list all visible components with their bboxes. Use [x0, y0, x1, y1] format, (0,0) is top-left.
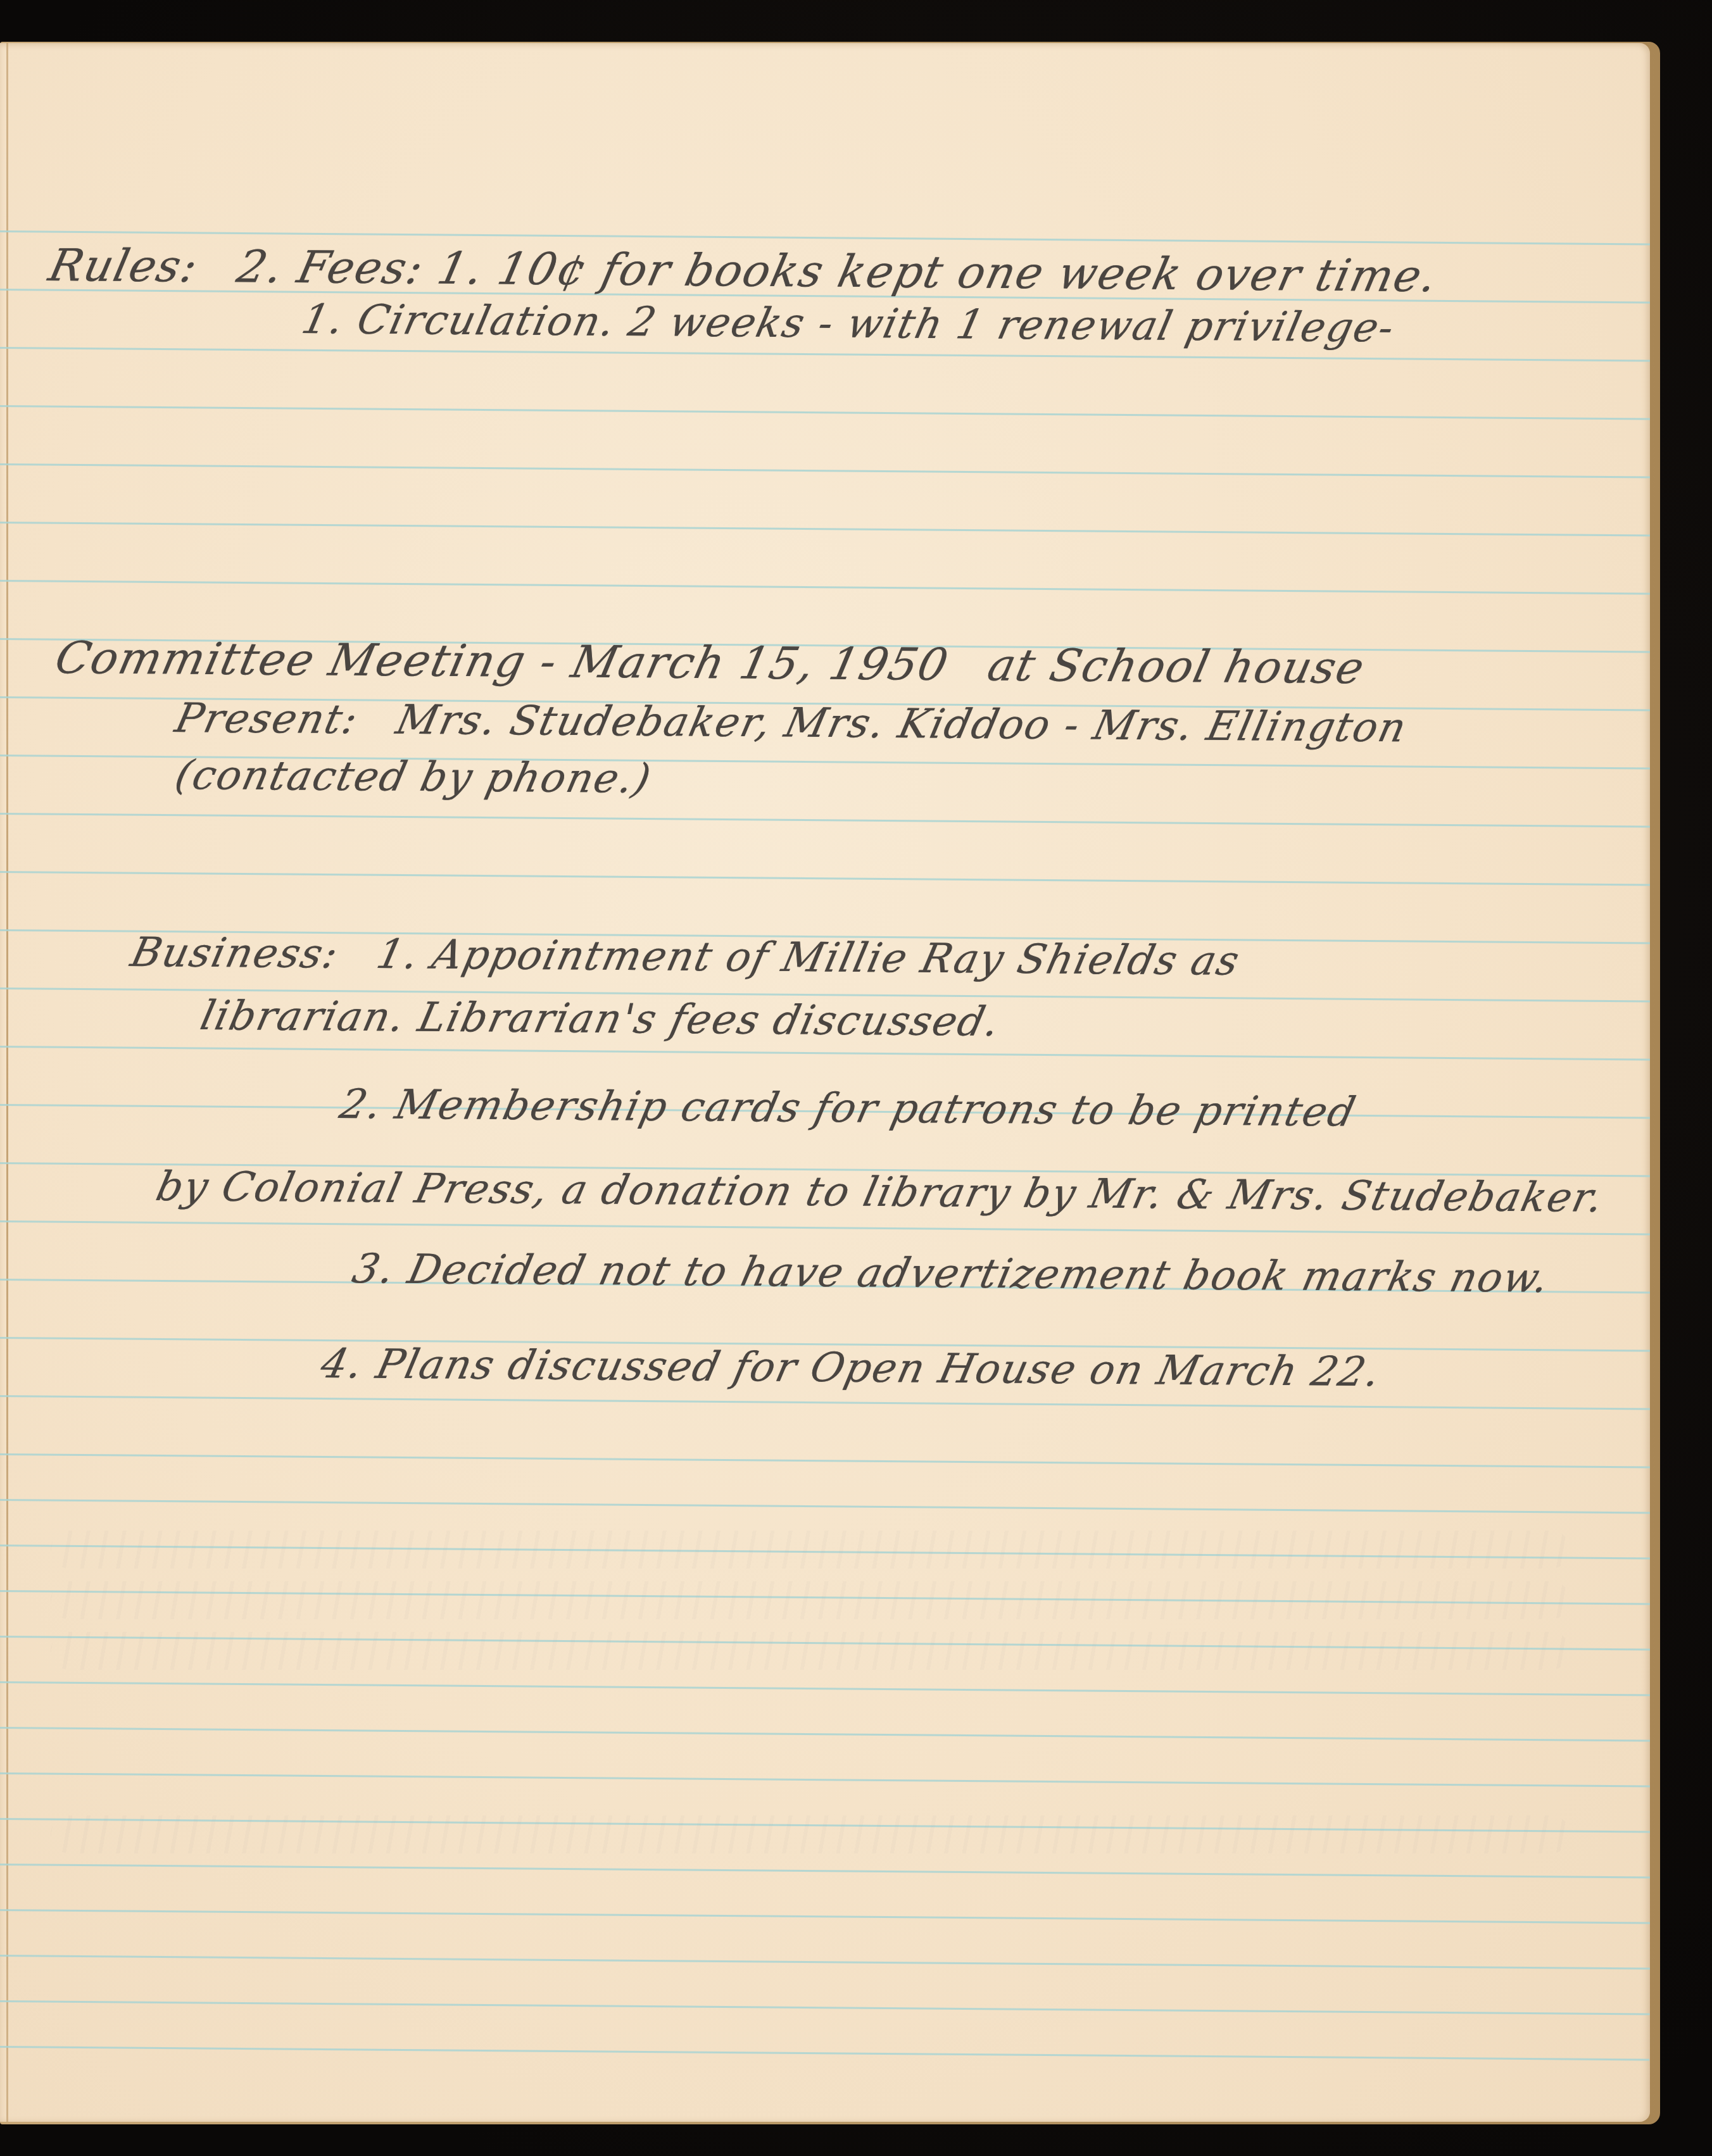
business-item-1-number: 1. [372, 931, 424, 978]
rules-line-2: 1. Circulation. 2 weeks - with 1 renewal… [298, 296, 1399, 351]
meeting-heading: Committee Meeting - March 15, 1950 [51, 632, 954, 691]
rules-heading: Rules: [44, 239, 203, 292]
business-item-1-line: Business: 1. Appointment of Millie Ray S… [127, 929, 1244, 985]
business-item-2-number: 2. [336, 1081, 387, 1128]
present-label: Present: [171, 695, 363, 743]
business-item-3-text: Decided not to have advertizement book m… [403, 1246, 1554, 1302]
business-item-4-number: 4. [317, 1341, 368, 1388]
rules-circulation-text: 1. Circulation. 2 weeks - with 1 renewal… [298, 296, 1399, 351]
business-item-3-number: 3. [348, 1246, 400, 1293]
present-note: (contacted by phone.) [171, 752, 656, 803]
present-names: Mrs. Studebaker, Mrs. Kiddoo - Mrs. Elli… [392, 697, 1411, 751]
business-item-4-text: Plans discussed for Open House on March … [372, 1341, 1385, 1396]
business-item-4-line: 4. Plans discussed for Open House on Mar… [317, 1341, 1385, 1396]
business-item-2-line: 2. Membership cards for patrons to be pr… [336, 1081, 1361, 1136]
notebook-page: Rules: 2. Fees: 1. 10¢ for books kept on… [0, 43, 1650, 2122]
business-item-2-continuation-line: by Colonial Press, a donation to library… [152, 1163, 1608, 1222]
business-item-2-text: Membership cards for patrons to be print… [391, 1082, 1361, 1136]
business-label: Business: [127, 929, 343, 977]
meeting-location: at School house [983, 639, 1370, 694]
business-item-1-text: Appointment of Millie Ray Shields as [428, 932, 1245, 985]
business-item-2-continuation: by Colonial Press, a donation to library… [152, 1163, 1608, 1222]
present-note-line: (contacted by phone.) [171, 752, 656, 803]
present-line: Present: Mrs. Studebaker, Mrs. Kiddoo - … [171, 695, 1411, 751]
meeting-heading-line: Committee Meeting - March 15, 1950 at Sc… [51, 632, 1370, 694]
rules-line-1: Rules: 2. Fees: 1. 10¢ for books kept on… [44, 239, 1443, 302]
business-item-1-continuation-line: librarian. Librarian's fees discussed. [196, 993, 1005, 1046]
business-item-3-line: 3. Decided not to have advertizement boo… [348, 1246, 1554, 1302]
rules-fees-text: 2. Fees: 1. 10¢ for books kept one week … [232, 241, 1443, 302]
scanned-notebook-page: Rules: 2. Fees: 1. 10¢ for books kept on… [0, 0, 1712, 2156]
handwritten-content: Rules: 2. Fees: 1. 10¢ for books kept on… [0, 43, 1650, 2122]
business-item-1-continuation: librarian. Librarian's fees discussed. [196, 993, 1005, 1046]
